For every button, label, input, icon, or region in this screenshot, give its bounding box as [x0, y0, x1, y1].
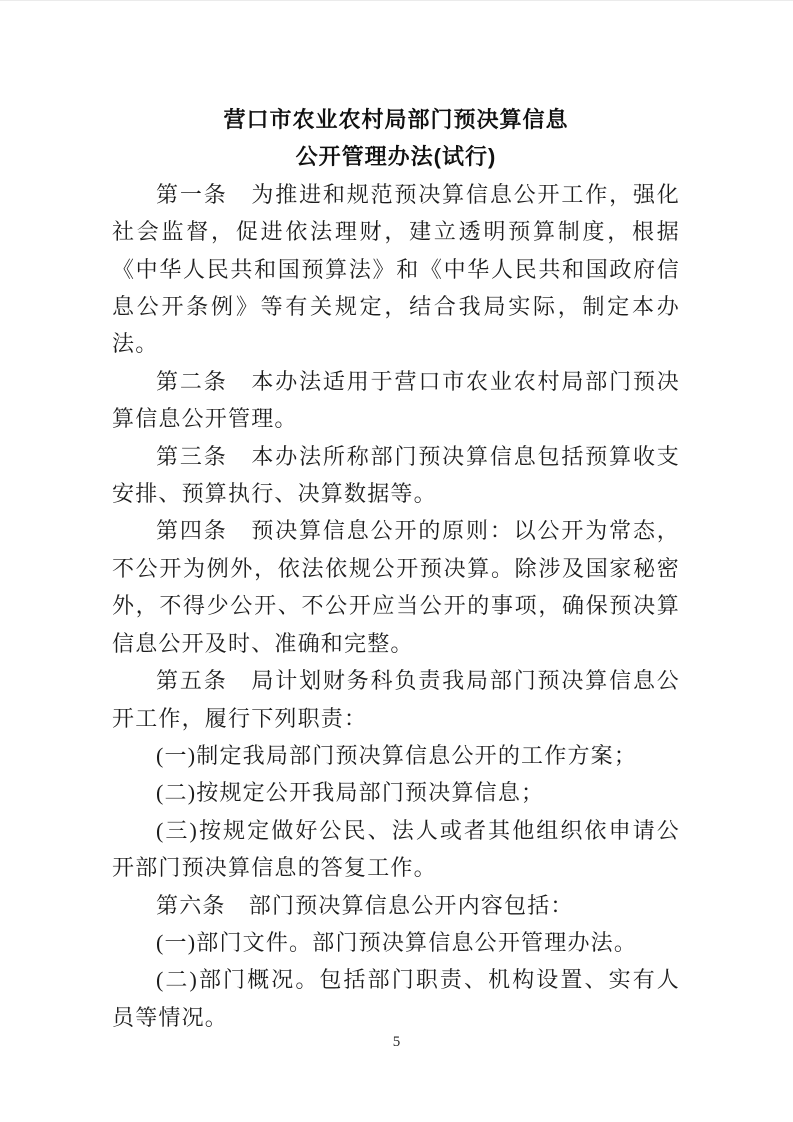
document-title-line-1: 营口市农业农村局部门预决算信息	[112, 101, 680, 138]
article-6-text: 第六条 部门预决算信息公开内容包括：	[112, 887, 680, 924]
article-5-text: 第五条 局计划财务科负责我局部门预决算信息公开工作，履行下列职责：	[112, 662, 680, 737]
article-3-text: 第三条 本办法所称部门预决算信息包括预算收支安排、预算执行、决算数据等。	[112, 438, 680, 513]
article-4-text: 第四条 预决算信息公开的原则：以公开为常态，不公开为例外，依法依规公开预决算。除…	[112, 512, 680, 662]
document-page: 营口市农业农村局部门预决算信息 公开管理办法(试行) 第一条 为推进和规范预决算…	[0, 0, 793, 1122]
article-6-item-1: (一)部门文件。部门预决算信息公开管理办法。	[112, 924, 680, 961]
page-number: 5	[0, 1034, 793, 1051]
document-title-line-2: 公开管理办法(试行)	[112, 138, 680, 175]
document-content: 营口市农业农村局部门预决算信息 公开管理办法(试行) 第一条 为推进和规范预决算…	[112, 101, 680, 1036]
article-5-item-2: (二)按规定公开我局部门预决算信息；	[112, 774, 680, 811]
article-1-text: 第一条 为推进和规范预决算信息公开工作，强化社会监督，促进依法理财，建立透明预算…	[112, 176, 680, 363]
article-5-item-3: (三)按规定做好公民、法人或者其他组织依申请公开部门预决算信息的答复工作。	[112, 812, 680, 887]
article-6-item-2: (二)部门概况。包括部门职责、机构设置、实有人员等情况。	[112, 961, 680, 1036]
article-2-text: 第二条 本办法适用于营口市农业农村局部门预决算信息公开管理。	[112, 363, 680, 438]
article-5-item-1: (一)制定我局部门预决算信息公开的工作方案；	[112, 737, 680, 774]
